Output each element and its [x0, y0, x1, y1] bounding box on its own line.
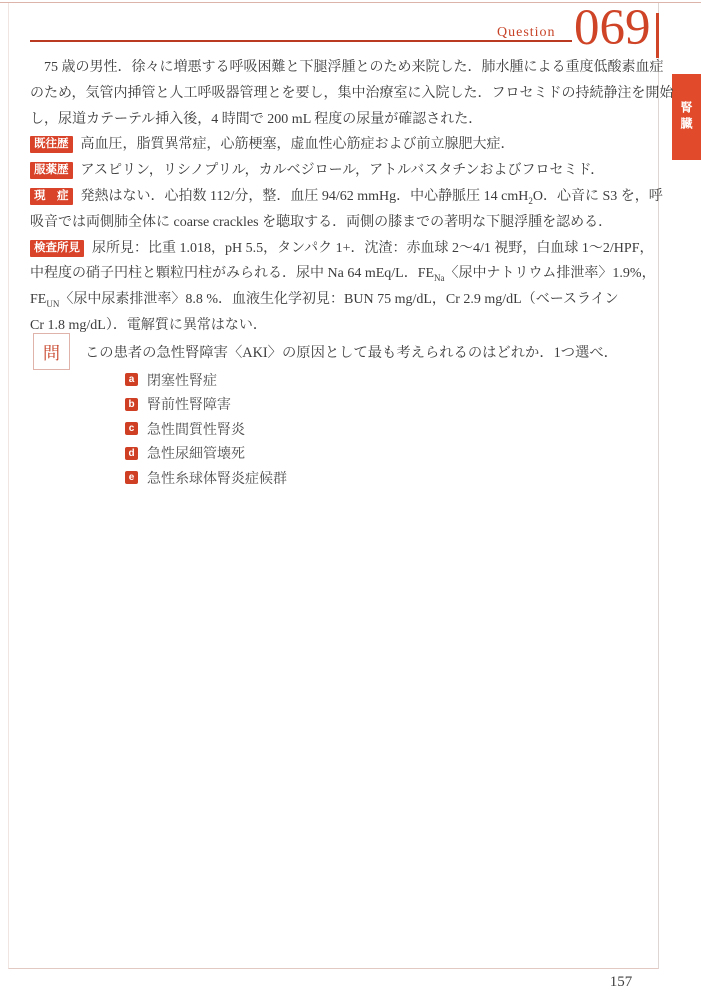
question-text: この患者の急性腎障害〈AKI〉の原因として最も考えられるのはどれか．1つ選べ． [85, 342, 618, 362]
labs-line-3: FEUN〈尿中尿素排泄率〉8.8 %．血液生化学初見：BUN 75 mg/dL，… [30, 287, 658, 313]
medication-text: アスピリン，リシノプリル，カルベジロール，アトルバスタチンおよびフロセミド． [81, 163, 605, 178]
medication-badge: 服薬歴 [30, 162, 73, 179]
labs-badge: 検査所見 [30, 240, 84, 257]
page-number: 157 [598, 974, 644, 991]
choice-a-label: 閉塞性腎症 [147, 370, 217, 390]
present-illness-text-2: O．心音に S3 を，呼 [533, 189, 663, 204]
choice-b: b腎前性腎障害 [125, 397, 287, 412]
labs-text-3a: FE [30, 292, 46, 307]
question-header: 問 この患者の急性腎障害〈AKI〉の原因として最も考えられるのはどれか．1つ選べ… [33, 333, 618, 370]
choice-c-label: 急性間質性腎炎 [147, 419, 245, 439]
labs-row: 検査所見尿所見：比重 1.018，pH 5.5，タンパク 1+．沈渣：赤血球 2… [30, 236, 658, 262]
case-intro-line-3: し，尿道カテーテル挿入後，4 時間で 200 mL 程度の尿量が確認された． [30, 107, 658, 133]
medication-row: 服薬歴アスピリン，リシノプリル，カルベジロール，アトルバスタチンおよびフロセミド… [30, 158, 658, 184]
chapter-tab-label: 腎臓 [678, 101, 695, 133]
history-row: 既往歴高血圧，脂質異常症，心筋梗塞，虚血性心筋症および前立腺肥大症． [30, 132, 658, 158]
subscript-na: Na [434, 273, 445, 283]
chapter-tab-kidney: 腎臓 [672, 74, 701, 160]
present-illness-line-2: 吸音では両側肺全体に coarse crackles を聴取する．両側の膝までの… [30, 210, 658, 236]
labs-line-2: 中程度の硝子円柱と顆粒円柱がみられる．尿中 Na 64 mEq/L．FENa〈尿… [30, 261, 658, 287]
labs-text-2b: 〈尿中ナトリウム排泄率〉1.9%， [445, 266, 656, 281]
question-label: Question [497, 25, 556, 41]
choice-a: a閉塞性腎症 [125, 372, 287, 387]
case-text: 75 歳の男性．徐々に増悪する呼吸困難と下腿浮腫とのため来院した．肺水腫による重… [30, 55, 658, 339]
choice-d: d急性尿細管壊死 [125, 446, 287, 461]
choice-b-label: 腎前性腎障害 [147, 394, 231, 414]
choice-d-badge: d [125, 447, 138, 460]
present-illness-text-1: 発熱はない．心拍数 112/分，整．血圧 94/62 mmHg．中心静脈圧 14… [81, 189, 529, 204]
present-illness-badge: 現 症 [30, 188, 73, 205]
choice-e-badge: e [125, 471, 138, 484]
labs-text-1: 尿所見：比重 1.018，pH 5.5，タンパク 1+．沈渣：赤血球 2～4/1… [92, 241, 654, 256]
choice-c-badge: c [125, 422, 138, 435]
choice-d-label: 急性尿細管壊死 [147, 443, 245, 463]
history-text: 高血圧，脂質異常症，心筋梗塞，虚血性心筋症および前立腺肥大症． [81, 137, 515, 152]
history-badge: 既往歴 [30, 136, 73, 153]
labs-text-2a: 中程度の硝子円柱と顆粒円柱がみられる．尿中 Na 64 mEq/L．FE [30, 266, 434, 281]
choice-list: a閉塞性腎症 b腎前性腎障害 c急性間質性腎炎 d急性尿細管壊死 e急性糸球体腎… [125, 372, 287, 495]
choice-c: c急性間質性腎炎 [125, 421, 287, 436]
choice-b-badge: b [125, 398, 138, 411]
question-box: 問 [33, 333, 70, 370]
labs-text-3b: 〈尿中尿素排泄率〉8.8 %．血液生化学初見：BUN 75 mg/dL，Cr 2… [59, 292, 618, 307]
book-page: Question 069 腎臓 75 歳の男性．徐々に増悪する呼吸困難と下腿浮腫… [0, 0, 701, 1000]
choice-a-badge: a [125, 373, 138, 386]
present-illness-row: 現 症発熱はない．心拍数 112/分，整．血圧 94/62 mmHg．中心静脈圧… [30, 184, 658, 210]
question-box-label: 問 [43, 339, 60, 364]
choice-e-label: 急性糸球体腎炎症候群 [147, 468, 287, 488]
subscript-un: UN [46, 299, 59, 309]
question-number: 069 [574, 3, 651, 54]
header-accent-bar [656, 13, 659, 58]
choice-e: e急性糸球体腎炎症候群 [125, 470, 287, 485]
case-intro-line-2: のため，気管内挿管と人工呼吸器管理とを要し，集中治療室に入院した．フロセミドの持… [30, 81, 658, 107]
case-intro-line-1: 75 歳の男性．徐々に増悪する呼吸困難と下腿浮腫とのため来院した．肺水腫による重… [30, 55, 658, 81]
header-rule [30, 40, 572, 42]
